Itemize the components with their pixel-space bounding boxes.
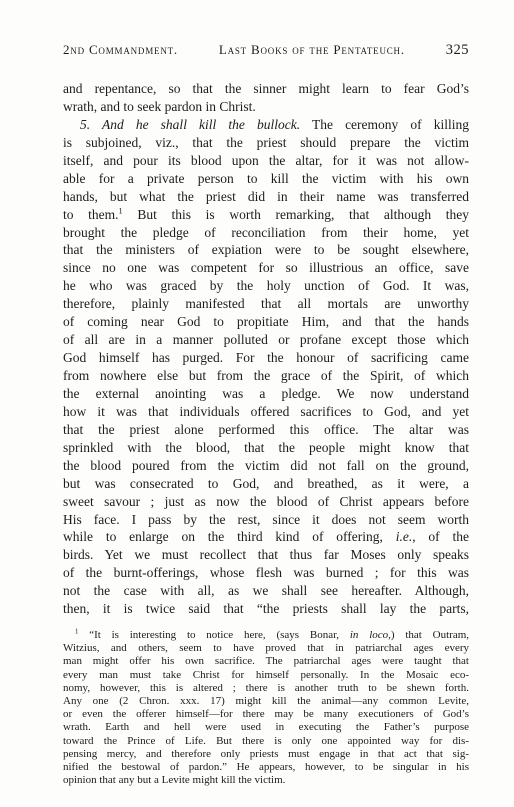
body-text-line: sweet savour ; just as now the blood of …: [63, 493, 469, 511]
footnote-text-line: man might offer his own sacrifice. The p…: [63, 655, 469, 668]
body-text-line: His face. I pass by the rest, since it d…: [63, 511, 469, 529]
body-text-line: the blood poured from the victim did not…: [63, 457, 469, 475]
footnote-text-line: 1 “It is interesting to notice here, (sa…: [63, 629, 469, 642]
body-text-line: that the ministers of expiation were to …: [63, 241, 469, 259]
footnote-text-line: toward the Prince of Life. But there is …: [63, 735, 469, 748]
text-segment: to them.: [63, 207, 119, 222]
body-text-line: while to enlarge on the third kind of of…: [63, 528, 469, 546]
running-header-center: Last Books of the Pentateuch.: [219, 42, 405, 58]
body-text-line: God himself has purged. For the honour o…: [63, 349, 469, 367]
body-text-line: hands, but what the priest did in their …: [63, 188, 469, 206]
italic-text: 5. And he shall kill the bullock.: [80, 117, 300, 132]
text-segment: the blood poured from the victim did not…: [63, 458, 469, 473]
footnote-text-line: nified the bestowal of pardon.” He appea…: [63, 761, 469, 774]
text-segment: God himself has purged. For the honour o…: [63, 350, 469, 365]
text-segment: nified the bestowal of pardon.” He appea…: [63, 761, 469, 773]
text-segment: nomy, however, this is altered ; there i…: [63, 682, 469, 694]
text-segment: , of the: [412, 529, 469, 544]
text-segment: the external anointing was a pledge. We …: [63, 386, 469, 401]
text-segment: opinion that any but a Levite might kill…: [63, 774, 285, 786]
body-text-line: he who was graced by the holy unction of…: [63, 277, 469, 295]
text-segment: of coming near God to propitiate Him, an…: [63, 314, 469, 329]
text-segment: but was consecrated to God, and breathed…: [63, 476, 469, 491]
text-segment: ,) that Outram,: [388, 629, 469, 641]
body-text-line: then, it is twice said that “the priests…: [63, 600, 469, 618]
text-segment: wrath. Earth and hell were used in execu…: [63, 721, 469, 733]
body-text-line: wrath, and to seek pardon in Christ.: [63, 98, 469, 116]
footnote-text-line: nomy, however, this is altered ; there i…: [63, 682, 469, 695]
text-segment: The ceremony of killing: [300, 117, 469, 132]
text-segment: pensing mercy, and therefore only priest…: [63, 748, 469, 760]
footnote-text-line: or even the offerer himself—for there ma…: [63, 708, 469, 721]
text-segment: and repentance, so that the sinner might…: [63, 81, 469, 96]
body-text-line: is subjoined, viz., that the priest shou…: [63, 134, 469, 152]
body-text-line: brought the pledge of reconciliation fro…: [63, 224, 469, 242]
text-segment: is subjoined, viz., that the priest shou…: [63, 135, 469, 150]
footnote-text-line: pensing mercy, and therefore only priest…: [63, 748, 469, 761]
body-text-line: but was consecrated to God, and breathed…: [63, 475, 469, 493]
body-text-line: to them.1 But this is worth remarking, t…: [63, 206, 469, 224]
body-text-line: not the case with all, as we shall see h…: [63, 582, 469, 600]
italic-text: in loco: [350, 629, 388, 641]
body-text-line: of all are in a manner polluted or profa…: [63, 331, 469, 349]
body-text-line: of coming near God to propitiate Him, an…: [63, 313, 469, 331]
text-segment: able for a private person to kill the vi…: [63, 171, 469, 186]
text-segment: that the priest alone performed this off…: [63, 422, 469, 437]
text-segment: while to enlarge on the third kind of of…: [63, 529, 396, 544]
italic-text: i.e.: [396, 529, 413, 544]
text-segment: from nowhere else but from the grace of …: [63, 368, 469, 383]
text-segment: every man must take Christ for himself p…: [63, 669, 469, 681]
footnote-text-line: Witzius, and others, seem to have proved…: [63, 642, 469, 655]
text-segment: His face. I pass by the rest, since it d…: [63, 512, 469, 527]
running-header: 2nd Commandment. Last Books of the Penta…: [63, 42, 469, 59]
text-segment: therefore, plainly manifested that all m…: [63, 296, 469, 311]
text-segment: he who was graced by the holy unction of…: [63, 278, 469, 293]
text-segment: brought the pledge of reconciliation fro…: [63, 225, 469, 240]
body-text-line: how it was that individuals offered sacr…: [63, 403, 469, 421]
body-text-line: of the burnt-offerings, whose flesh was …: [63, 564, 469, 582]
text-segment: itself, and pour its blood upon the alta…: [63, 153, 469, 168]
footnote-text-line: opinion that any but a Levite might kill…: [63, 774, 469, 787]
text-segment: hands, but what the priest did in their …: [63, 189, 469, 204]
body-text-line: since no one was competent for so illust…: [63, 259, 469, 277]
text-segment: not the case with all, as we shall see h…: [63, 583, 469, 598]
text-segment: sweet savour ; just as now the blood of …: [63, 494, 469, 509]
page-number: 325: [446, 42, 469, 59]
text-segment: how it was that individuals offered sacr…: [63, 404, 469, 419]
text-segment: wrath, and to seek pardon in Christ.: [63, 99, 256, 114]
body-text-line: able for a private person to kill the vi…: [63, 170, 469, 188]
book-page: 2nd Commandment. Last Books of the Penta…: [0, 0, 514, 807]
body-text-line: therefore, plainly manifested that all m…: [63, 295, 469, 313]
body-text-line: 5. And he shall kill the bullock. The ce…: [63, 116, 469, 134]
footnote-text-line: every man must take Christ for himself p…: [63, 669, 469, 682]
text-segment: birds. Yet we must recollect that thus f…: [63, 547, 469, 562]
body-text-line: that the priest alone performed this off…: [63, 421, 469, 439]
text-segment: But this is worth remarking, that althou…: [123, 207, 469, 222]
text-segment: of all are in a manner polluted or profa…: [63, 332, 469, 347]
text-segment: sprinkled with the blood, that the peopl…: [63, 440, 469, 455]
body-text-line: from nowhere else but from the grace of …: [63, 367, 469, 385]
text-segment: Witzius, and others, seem to have proved…: [63, 642, 469, 654]
text-segment: or even the offerer himself—for there ma…: [63, 708, 469, 720]
body-text-line: and repentance, so that the sinner might…: [63, 80, 469, 98]
text-segment: that the ministers of expiation were to …: [63, 242, 469, 257]
text-segment: Any one (2 Chron. xxx. 17) might kill th…: [63, 695, 469, 707]
footnote-text-line: wrath. Earth and hell were used in execu…: [63, 721, 469, 734]
body-text-line: itself, and pour its blood upon the alta…: [63, 152, 469, 170]
body-text: and repentance, so that the sinner might…: [63, 80, 469, 618]
text-segment: of the burnt-offerings, whose flesh was …: [63, 565, 469, 580]
text-segment: toward the Prince of Life. But there is …: [63, 735, 469, 747]
footnote-text: 1 “It is interesting to notice here, (sa…: [63, 629, 469, 787]
footnote-text-line: Any one (2 Chron. xxx. 17) might kill th…: [63, 695, 469, 708]
running-header-left: 2nd Commandment.: [63, 42, 178, 58]
text-segment: then, it is twice said that “the priests…: [63, 601, 469, 616]
body-text-line: the external anointing was a pledge. We …: [63, 385, 469, 403]
text-segment: man might offer his own sacrifice. The p…: [63, 655, 469, 667]
body-text-line: sprinkled with the blood, that the peopl…: [63, 439, 469, 457]
text-segment: “It is interesting to notice here, (says…: [78, 629, 349, 641]
body-text-line: birds. Yet we must recollect that thus f…: [63, 546, 469, 564]
text-segment: since no one was competent for so illust…: [63, 260, 469, 275]
